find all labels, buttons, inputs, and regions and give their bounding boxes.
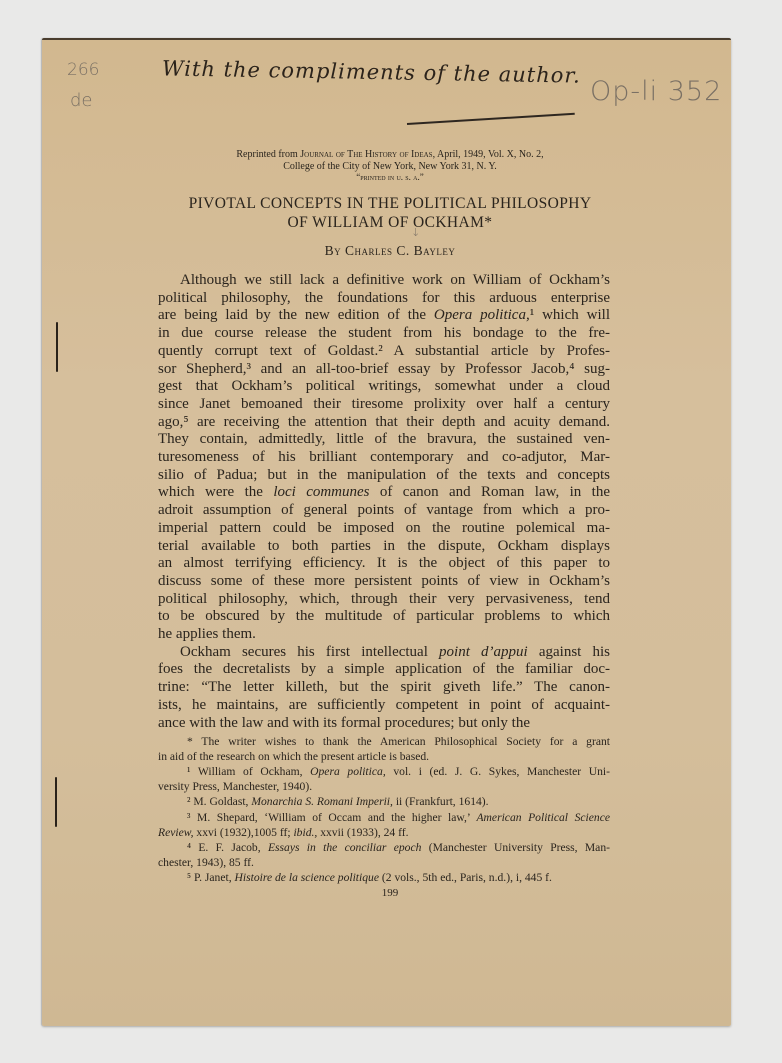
footnote-line: versity Press, Manchester, 1940). <box>158 779 610 794</box>
body-text-line: political philosophy, the foundations fo… <box>158 289 610 307</box>
body-text-line: since Janet bemoaned their tiresome prol… <box>158 395 610 413</box>
staple-top <box>56 322 58 372</box>
body-text-line: ance with the law and with its formal pr… <box>158 714 610 732</box>
pencil-note-266: 266 <box>67 60 99 80</box>
body-text-line: Ockham secures his first intellectual po… <box>180 643 610 661</box>
footnote-line: ³ M. Shepard, ‘William of Occam and the … <box>187 810 610 825</box>
body-text-line: discuss some of these more persistent po… <box>158 572 610 590</box>
reprint-notice-line-1: Reprinted from Journal of The History of… <box>150 149 630 160</box>
body-text-line: quently corrupt text of Goldast.² A subs… <box>158 342 610 360</box>
pencil-note-de: de <box>70 90 93 111</box>
body-text-line: he applies them. <box>158 625 610 643</box>
body-text-line: terial available to both parties in the … <box>158 537 610 555</box>
footnote-line: ² M. Goldast, Monarchia S. Romani Imperi… <box>187 794 610 809</box>
journal-name: Journal of The History of Ideas <box>300 149 432 160</box>
body-text-line: ists, he maintains, are sufficiently com… <box>158 696 610 714</box>
body-text-line: silio of Padua; but in the manipulation … <box>158 466 610 484</box>
body-text-line: imperial pattern could be imposed on the… <box>158 519 610 537</box>
byline: By Charles C. Bayley <box>150 243 630 259</box>
body-text-line: adroit assumption of general points of v… <box>158 501 610 519</box>
pencil-check-mark: ↓ <box>411 226 420 239</box>
footnote-line: * The writer wishes to thank the America… <box>187 734 610 749</box>
body-text-line: sor Shepherd,³ and an all-too-brief essa… <box>158 360 610 378</box>
body-text-line: Although we still lack a definitive work… <box>180 271 610 289</box>
article-title-line-1: PIVOTAL CONCEPTS IN THE POLITICAL PHILOS… <box>150 194 630 213</box>
footnote-line: chester, 1943), 85 ff. <box>158 855 610 870</box>
body-text-line: are being laid by the new edition of the… <box>158 306 610 324</box>
footnote-line: ⁴ E. F. Jacob, Essays in the conciliar e… <box>187 840 610 855</box>
body-text-line: to be obscured by the multitude of parti… <box>158 607 610 625</box>
footnote-line: Review, xxvi (1932),1005 ff; ibid., xxvi… <box>158 825 610 840</box>
reprint-notice-line-2: College of the City of New York, New Yor… <box>150 161 630 172</box>
footnote-line: in aid of the research on which the pres… <box>158 749 610 764</box>
printed-in-usa: “printed in u. s. a.” <box>150 172 630 183</box>
body-text-line: political philosophy, which, through the… <box>158 590 610 608</box>
body-text-line: They contain, admittedly, little of the … <box>158 430 610 448</box>
body-text-line: which were the loci communes of canon an… <box>158 483 610 501</box>
body-text-line: trine: “The letter killeth, but the spir… <box>158 678 610 696</box>
author-name: Charles C. Bayley <box>345 243 455 258</box>
article-title-line-2: OF WILLIAM OF OCKHAM* <box>150 213 630 232</box>
body-text-line: turesomeness of his brilliant contempora… <box>158 448 610 466</box>
page-number: 199 <box>150 887 630 899</box>
body-text-line: foes the decretalists by a simple applic… <box>158 660 610 678</box>
pencil-catalog-number: Op-li 352 <box>590 76 722 107</box>
body-text-line: in due course release the student from h… <box>158 324 610 342</box>
body-text-line: ago,⁵ are receiving the attention that t… <box>158 413 610 431</box>
body-text-line: gest that Ockham’s political writings, s… <box>158 377 610 395</box>
body-text-line: an almost terrifying efficiency. It is t… <box>158 554 610 572</box>
footnote-line: ¹ William of Ockham, Opera politica, vol… <box>187 764 610 779</box>
byline-by: By <box>325 243 342 258</box>
footnote-line: ⁵ P. Janet, Histoire de la science polit… <box>187 870 610 885</box>
staple-bottom <box>55 777 57 827</box>
